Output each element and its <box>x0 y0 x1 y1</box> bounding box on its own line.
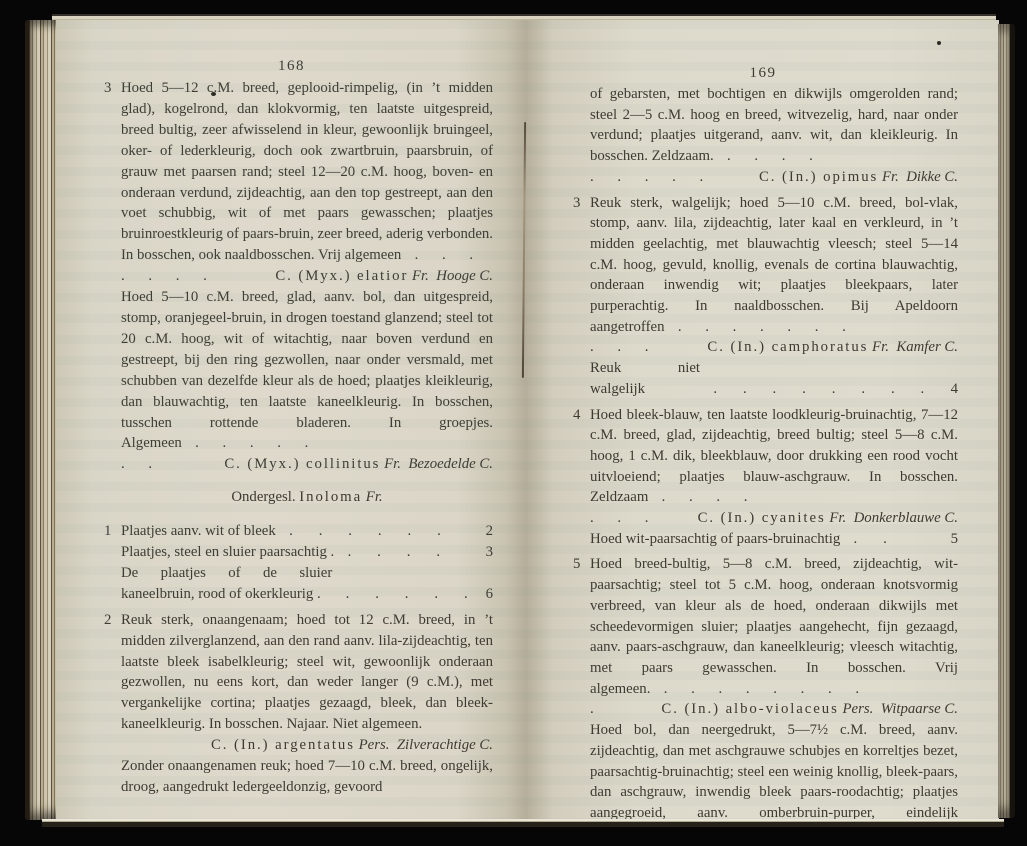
leader-dots: . . . . . <box>590 167 747 188</box>
ink-speck <box>211 92 216 96</box>
leader-dots: . . . . . . . . <box>346 584 477 605</box>
species-name-line: . . .C. (In.) camphoratus Fr. Kamfer C. <box>590 337 958 358</box>
key-target-number: 6 <box>486 584 493 605</box>
body-paragraph: 2Reuk sterk, onaangenaam; hoed tot 12 c.… <box>121 610 493 735</box>
leader-dots: . <box>590 699 650 720</box>
leader-dots: . . . . . . . . <box>664 681 859 697</box>
body-paragraph: Zonder onaangenamen reuk; hoed 7—10 c.M.… <box>121 756 493 798</box>
paragraph-number: 5 <box>573 554 580 575</box>
leader-dots: . . . . <box>727 148 813 164</box>
body-paragraph: 3Hoed 5—12 c.M. breed, geplooid-rimpelig… <box>121 78 493 266</box>
leader-dots: . . . <box>590 508 686 529</box>
key-choice-line: Plaatjes, steel en sluier paarsachtig ..… <box>121 542 493 563</box>
species-author: Fr. <box>408 266 436 287</box>
species-dutch-name: Witpaarse C. <box>881 699 958 720</box>
species-dutch-name: Donkerblauwe C. <box>854 508 958 529</box>
page-168: 168 3Hoed 5—12 c.M. breed, geplooid-rimp… <box>56 20 527 820</box>
species-name-line: . . . . .C. (In.) opimus Fr. Dikke C. <box>590 167 958 188</box>
key-choice-line: De plaatjes of de sluier kaneelbruin, ro… <box>121 563 493 605</box>
book-bottom-edge <box>42 819 1004 827</box>
species-dutch-name: Zilverachtige C. <box>397 735 493 756</box>
species-dutch-name: Dikke C. <box>906 167 958 188</box>
ink-speck <box>937 41 941 45</box>
body-paragraph: 4Hoed bleek-blauw, ten laatste loodkleur… <box>590 405 958 509</box>
key-choice-line: 1Plaatjes aanv. wit of bleek. . . . . .2 <box>121 521 493 542</box>
leader-dots: . . . <box>590 337 696 358</box>
species-name-line: C. (In.) argentatus Pers. Zilverachtige … <box>121 735 493 756</box>
species-author: Pers. <box>839 699 881 720</box>
leader-dots: . . <box>854 529 942 550</box>
species-scientific-name: C. (In.) argentatus <box>211 735 355 756</box>
leader-dots: . . . . <box>662 489 748 505</box>
page-169: 169 of gebarsten, met bochtigen en dikwi… <box>527 20 999 820</box>
subgenus-author: Fr. <box>362 489 383 505</box>
species-name-line: .C. (In.) albo-violaceus Pers. Witpaarse… <box>590 699 958 720</box>
leader-dots: . . . . . . . . . <box>713 379 941 400</box>
paragraph-text: Reuk sterk, onaangenaam; hoed tot 12 c.M… <box>121 612 493 733</box>
species-name-line: . . .C. (In.) cyanites Fr. Donkerblauwe … <box>590 508 958 529</box>
body-paragraph: Hoed bol, dan neergedrukt, 5—7½ c.M. bre… <box>590 720 958 820</box>
species-scientific-name: C. (Myx.) elatior <box>275 266 408 287</box>
body-paragraph: 3Reuk sterk, walgelijk; hoed 5—10 c.M. b… <box>590 193 958 338</box>
species-scientific-name: C. (In.) albo-violaceus <box>661 699 838 720</box>
paragraph-text: Hoed breed-bultig, 5—8 c.M. breed, zijde… <box>590 556 958 696</box>
species-scientific-name: C. (In.) opimus <box>759 167 878 188</box>
key-choice-line: Reuk niet walgelijk. . . . . . . . .4 <box>590 358 958 399</box>
species-name-line: . .C. (Myx.) collinitus Fr. Bezoedelde C… <box>121 454 493 475</box>
body-paragraph: Hoed 5—10 c.M. breed, glad, aanv. bol, d… <box>121 287 493 454</box>
paragraph-text: Zonder onaangenamen reuk; hoed 7—10 c.M.… <box>121 758 493 795</box>
page-stack-right-edge <box>998 24 1015 818</box>
key-target-number: 3 <box>486 542 493 563</box>
species-scientific-name: C. (Myx.) collinitus <box>224 454 380 475</box>
leader-dots: . . . . <box>348 542 477 563</box>
paragraph-number: 3 <box>104 78 111 99</box>
leader-dots: . . <box>121 454 213 475</box>
leader-dots: . . . . . . . <box>678 319 846 335</box>
subgenus-name: Inoloma <box>299 489 362 505</box>
key-target-number: 5 <box>951 529 958 550</box>
key-text: Plaatjes, steel en sluier paarsachtig . <box>121 542 334 563</box>
species-author: Fr. <box>868 337 896 358</box>
paragraph-text: Hoed 5—10 c.M. breed, glad, aanv. bol, d… <box>121 289 493 451</box>
species-author: Fr. <box>380 454 408 475</box>
heading-prefix: Ondergesl. <box>231 489 299 505</box>
paragraph-text: Hoed bleek-blauw, ten laatste loodkleuri… <box>590 407 958 506</box>
key-text: De plaatjes of de sluier kaneelbruin, ro… <box>121 563 332 605</box>
key-target-number: 2 <box>486 521 493 542</box>
species-author: Fr. <box>878 167 906 188</box>
key-choice-line: Hoed wit-paarsachtig of paars-bruinachti… <box>590 529 958 550</box>
leader-dots: . . . . <box>121 266 264 287</box>
species-dutch-name: Hooge C. <box>436 266 493 287</box>
key-text: Reuk niet walgelijk <box>590 358 700 399</box>
species-dutch-name: Kamfer C. <box>896 337 958 358</box>
paragraph-text: Hoed 5—12 c.M. breed, geplooid-rimpelig,… <box>121 80 493 263</box>
body-paragraph: of gebarsten, met bochtigen en dikwijls … <box>590 84 958 167</box>
page-168-text: 3Hoed 5—12 c.M. breed, geplooid-rimpelig… <box>56 20 527 798</box>
species-scientific-name: C. (In.) camphoratus <box>707 337 868 358</box>
species-dutch-name: Bezoedelde C. <box>408 454 493 475</box>
paragraph-number: 1 <box>104 521 111 542</box>
paragraph-number: 4 <box>573 405 580 426</box>
paragraph-number: 2 <box>104 610 111 631</box>
paragraph-text: Hoed bol, dan neergedrukt, 5—7½ c.M. bre… <box>590 722 958 820</box>
book-spread: 168 3Hoed 5—12 c.M. breed, geplooid-rimp… <box>0 0 1027 846</box>
paragraph-number: 3 <box>573 193 580 214</box>
key-target-number: 4 <box>951 379 958 400</box>
species-name-line: . . . .C. (Myx.) elatior Fr. Hooge C. <box>121 266 493 287</box>
species-author: Fr. <box>826 508 854 529</box>
body-paragraph: 5Hoed breed-bultig, 5—8 c.M. breed, zijd… <box>590 554 958 699</box>
key-text: Hoed wit-paarsachtig of paars-bruinachti… <box>590 529 840 550</box>
paragraph-text: Reuk sterk, walgelijk; hoed 5—10 c.M. br… <box>590 195 958 335</box>
leader-dots: . . . . . <box>195 435 308 451</box>
leader-dots: . . . . . . <box>289 521 477 542</box>
leader-dots: . . . <box>415 247 473 263</box>
species-scientific-name: C. (In.) cyanites <box>698 508 826 529</box>
page-169-text: of gebarsten, met bochtigen en dikwijls … <box>527 20 999 820</box>
key-text: Plaatjes aanv. wit of bleek <box>121 521 276 542</box>
subgenus-heading: Ondergesl. Inoloma Fr. <box>121 487 493 508</box>
species-author: Pers. <box>355 735 397 756</box>
